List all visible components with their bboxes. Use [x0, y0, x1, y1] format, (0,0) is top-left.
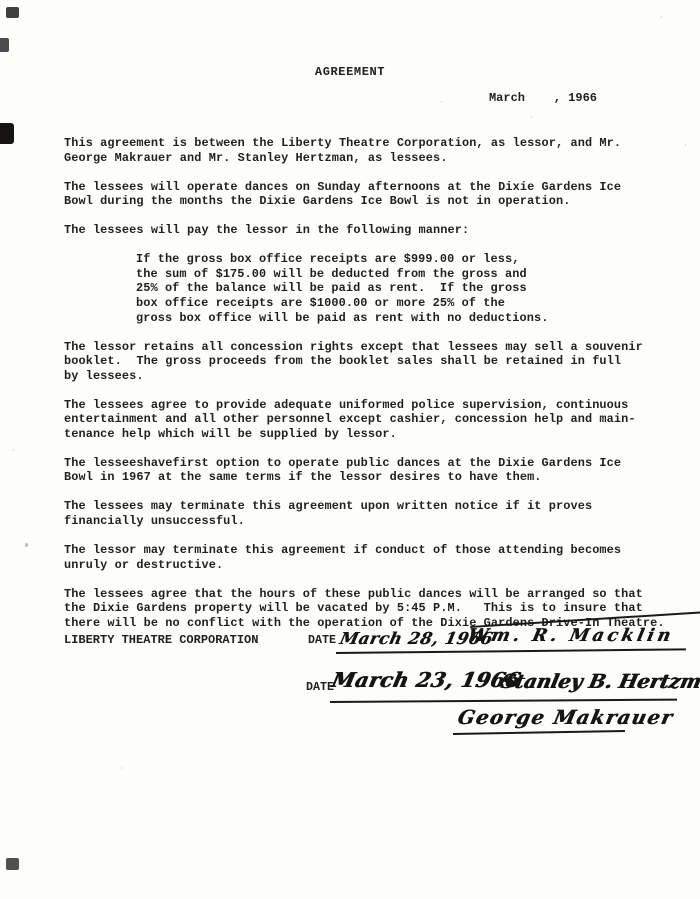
- paragraph-payment-terms: If the gross box office receipts are $99…: [64, 252, 676, 325]
- paragraph-hours: The lessees agree that the hours of thes…: [64, 587, 676, 631]
- document-date-line: March , 1966: [0, 91, 700, 105]
- signature-underline-3: [453, 730, 625, 735]
- scan-artifact-bottom-left: [6, 858, 19, 870]
- signature-underline-1: [336, 648, 686, 653]
- scan-artifact-left-upper: [0, 38, 9, 52]
- scan-artifact-top-left: [6, 7, 19, 18]
- paragraph-payment-intro: The lessees will pay the lessor in the f…: [64, 223, 676, 238]
- scan-artifact-left-mid: [0, 123, 14, 144]
- handwritten-date-2: March 23, 1966: [329, 668, 522, 692]
- paragraph-operation: The lessees will operate dances on Sunda…: [64, 180, 676, 209]
- scanned-agreement-page: AGREEMENT March , 1966 This agreement is…: [0, 0, 700, 899]
- signature-makrauer: George Makrauer: [456, 706, 676, 729]
- paragraph-lessor-termination: The lessor may terminate this agreement …: [64, 543, 676, 572]
- date-label-1: DATE: [308, 633, 336, 647]
- document-title: AGREEMENT: [0, 65, 700, 79]
- scan-speckle: [25, 543, 28, 547]
- paragraph-lessee-termination: The lessees may terminate this agreement…: [64, 499, 676, 528]
- paragraph-concessions: The lessor retains all concession rights…: [64, 340, 676, 384]
- paragraph-personnel: The lessees agree to provide adequate un…: [64, 398, 676, 442]
- signature-underline-2: [330, 699, 677, 703]
- document-body: This agreement is between the Liberty Th…: [64, 136, 676, 645]
- signature-macklin: Wm. R. Macklin: [466, 626, 676, 646]
- signature-hertzman: Stanley B. Hertzman: [499, 670, 700, 693]
- paragraph-parties: This agreement is between the Liberty Th…: [64, 136, 676, 165]
- company-name: LIBERTY THEATRE CORPORATION: [64, 633, 258, 647]
- paragraph-first-option: The lesseeshavefirst option to operate p…: [64, 456, 676, 485]
